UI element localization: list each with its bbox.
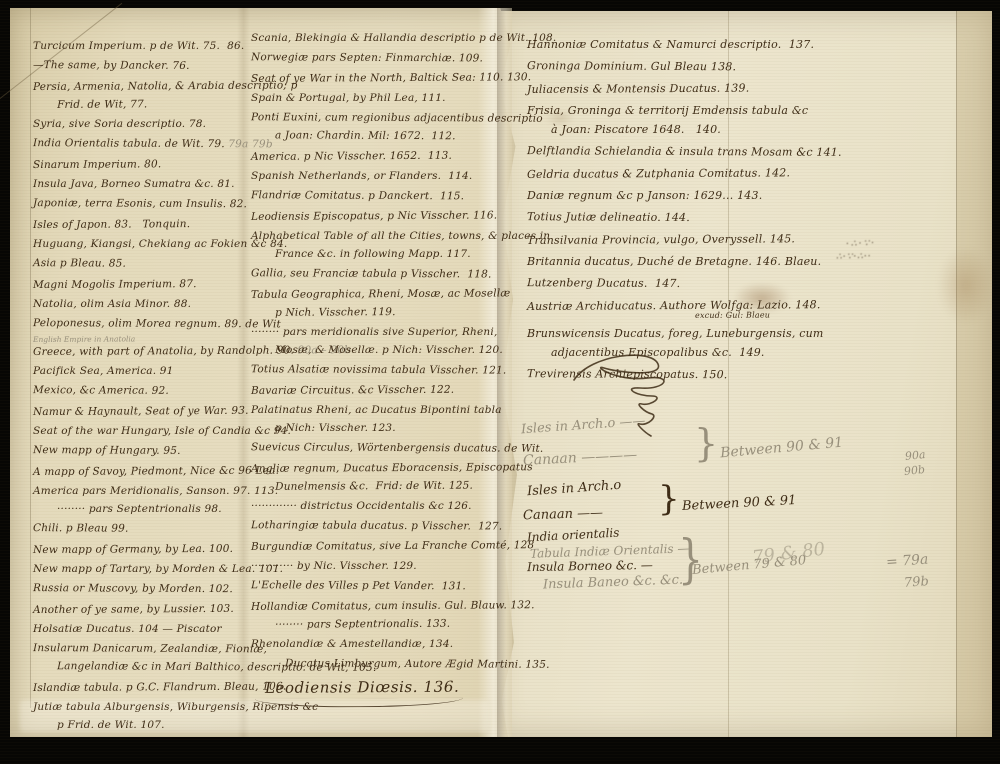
entry-text: Pacifick Sea, America. 91 <box>33 365 174 377</box>
entry-text: India Orientalis tabula. de Wit. 79. <box>33 137 225 150</box>
entry-text: Asia p Bleau. 85. <box>33 257 126 269</box>
index-entry: Daniæ regnum &c p Janson: 1629... 143. <box>527 186 842 205</box>
entry-text: Insula Java, Borneo Sumatra &c. 81. <box>33 178 235 190</box>
index-entry: Burgundiæ Comitatus, sive La Franche Com… <box>251 536 557 556</box>
entry-text: Lotharingiæ tabula ducatus. p Visscher. … <box>251 519 502 532</box>
index-entry: Spain & Portugal, by Phil Lea, 111. <box>251 89 556 107</box>
entry-text: Bavariæ Circuitus. &c Visscher. 122. <box>251 384 454 397</box>
entry-text: Trevirensis Archiepiscopatus. 150. <box>527 367 728 381</box>
index-column-right: Hannoniæ Comitatus & Namurci descriptio.… <box>527 35 842 387</box>
entry-text: Austriæ Archiducatus. Authore Wolfga: La… <box>527 298 821 313</box>
entry-text: Spanish Netherlands, or Flanders. 114. <box>251 170 472 182</box>
entry-text: Peloponesus, olim Morea regnum. 89. de W… <box>33 317 281 330</box>
entry-text: Flandriæ Comitatus. p Danckert. 115. <box>251 189 464 202</box>
index-entry: Alphabetical Table of all the Cities, to… <box>251 227 556 263</box>
index-entry: Totius Alsatiæ novissima tabula Visscher… <box>251 360 557 380</box>
entry-text: Ponti Euxini, cum regionibus adjacentibu… <box>251 111 543 125</box>
entry-text: —The same, by Dancker. 76. <box>33 59 190 72</box>
index-entry: America. p Nic Visscher. 1652. 113. <box>251 146 557 166</box>
note-canaan-ink: Canaan —— <box>523 506 604 524</box>
index-entry: Suevicus Circulus, Wörtenbergensis ducat… <box>251 438 557 458</box>
entry-text-continued: France &c. in following Mapp. 117. <box>251 245 556 263</box>
index-entry: Brunswicensis Ducatus, foreg, Luneburgen… <box>527 324 842 362</box>
index-entry: Bavariæ Circuitus. &c Visscher. 122. <box>251 380 557 400</box>
index-entry: Gallia, seu Franciæ tabula p Visscher. 1… <box>251 264 557 284</box>
margin-note-90a: 90a <box>904 449 926 463</box>
index-entry: Delftlandia Schielandia & insula trans M… <box>527 141 842 162</box>
entry-text: ············ by Nic. Visscher. 129. <box>251 560 417 572</box>
entry-text: New mapp of Tartary, by Morden & Lea. 10… <box>33 563 283 575</box>
index-entry: Leodiensis Diœsis. 136. <box>251 677 557 708</box>
margin-note-90b: 90b <box>903 464 925 478</box>
index-entry: Hollandiæ Comitatus, cum insulis. Gul. B… <box>251 596 557 634</box>
entry-text: Lutzenberg Ducatus. 147. <box>527 276 680 290</box>
entry-text: Insularum Danicarum, Zealandiæ, Fioniæ, <box>33 642 267 655</box>
index-entry: Angliæ regnum, Ducatus Eboracensis, Epis… <box>251 458 557 496</box>
entry-text: Rhenolandiæ & Amestellandiæ, 134. <box>251 638 453 650</box>
entry-text: Spain & Portugal, by Phil Lea, 111. <box>251 92 446 104</box>
entry-text: A mapp of Savoy, Piedmont, Nice &c 96 Le… <box>33 465 279 479</box>
entry-text: Hollandiæ Comitatus, cum insulis. Gul. B… <box>251 599 535 613</box>
entry-text-continued: p Nich: Visscher. 123. <box>251 419 556 437</box>
index-entry: Trevirensis Archiepiscopatus. 150. <box>527 364 842 385</box>
index-entry: L'Echelle des Villes p Pet Vander. 131. <box>251 576 557 596</box>
index-entry: Geldria ducatus & Zutphania Comitatus. 1… <box>527 163 842 184</box>
index-entry: Ponti Euxini, cum regionibus adjacentibu… <box>251 108 557 146</box>
entry-text: Totius Jutiæ delineatio. 144. <box>527 210 690 224</box>
entry-text: Alphabetical Table of all the Cities, to… <box>251 230 550 242</box>
entry-text-continued: p Nich. Visscher. 119. <box>251 302 557 322</box>
entry-text: Chili. p Bleau 99. <box>33 522 129 535</box>
entry-text: New mapp of Germany, by Lea. 100. <box>33 543 233 556</box>
entry-text: Frisia, Groninga & territorij Emdensis t… <box>527 104 808 117</box>
index-entry: Hannoniæ Comitatus & Namurci descriptio.… <box>527 35 842 54</box>
entry-text: Scania, Blekingia & Hallandia descriptio… <box>251 32 556 44</box>
index-entry: Frisia, Groninga & territorij Emdensis t… <box>527 101 842 139</box>
entry-text: Geldria ducatus & Zutphania Comitatus. 1… <box>527 166 790 181</box>
entry-text-continued: p Frid. de Wit. 107. <box>33 716 377 734</box>
entry-text: Ducatus Limburgum, Autore Ægid Martini. … <box>285 657 550 670</box>
entry-text: ········ pars meridionalis sive Superior… <box>251 326 497 338</box>
entry-text: Sinarum Imperium. 80. <box>33 158 161 171</box>
entry-text: Palatinatus Rheni, ac Ducatus Bipontini … <box>251 404 502 416</box>
entry-text-continued: adjacentibus Episcopalibus &c. 149. <box>527 343 842 362</box>
entry-text: Juliacensis & Montensis Ducatus. 139. <box>527 82 749 96</box>
index-entry: Ducatus Limburgum, Autore Ægid Martini. … <box>251 654 557 674</box>
entry-text: ············· districtus Occidentalis &c… <box>251 500 472 512</box>
entry-text: Leodiensis Diœsis. 136. <box>265 678 459 697</box>
entry-text: Russia or Muscovy, by Morden. 102. <box>33 582 233 595</box>
entry-text: Gallia, seu Franciæ tabula p Visscher. 1… <box>251 267 492 280</box>
index-column-middle: Scania, Blekingia & Hallandia descriptio… <box>251 29 556 709</box>
index-entry: Seat of ye War in the North, Baltick Sea… <box>251 68 557 88</box>
entry-text: Burgundiæ Comitatus, sive La Franche Com… <box>251 539 534 553</box>
index-entry: Norwegiæ pars Septen: Finmarchiæ. 109. <box>251 48 557 68</box>
entry-text: Delftlandia Schielandia & insula trans M… <box>527 144 842 159</box>
entry-text: Magni Mogolis Imperium. 87. <box>33 278 197 291</box>
entry-text: Turcicum Imperium. p de Wit. 75. 86. <box>33 40 244 52</box>
entry-text-continued: Mosæ, & Mosellæ. p Nich: Visscher. 120. <box>251 341 556 359</box>
index-entry: Leodiensis Episcopatus, p Nic Visscher. … <box>251 206 557 226</box>
index-entry: Transilvania Provincia, vulgo, Overyssel… <box>527 229 842 250</box>
entry-text: Another of ye same, by Lussier. 103. <box>33 603 234 616</box>
index-entry: Spanish Netherlands, or Flanders. 114. <box>251 167 556 185</box>
entry-text: Mexico, &c America. 92. <box>33 384 169 397</box>
entry-text-continued: ········ pars Septentrionalis. 133. <box>251 614 557 634</box>
index-entry: Rhenolandiæ & Amestellandiæ, 134. <box>251 635 556 653</box>
entry-text: Groninga Dominium. Gul Bleau 138. <box>527 59 736 73</box>
entry-text: Seat of ye War in the North, Baltick Sea… <box>251 71 531 85</box>
entry-text: Hannoniæ Comitatus & Namurci descriptio.… <box>527 38 814 51</box>
entry-text: Brunswicensis Ducatus, foreg, Luneburgen… <box>527 327 824 340</box>
entry-text: Leodiensis Episcopatus, p Nic Visscher. … <box>251 209 497 223</box>
entry-text-continued: à Joan: Piscatore 1648. 140. <box>527 120 842 139</box>
entry-text: Islandiæ tabula. p G.C. Flandrum. Bleau,… <box>33 681 286 695</box>
entry-text: New mapp of Hungary. 95. <box>33 444 181 457</box>
index-entry: ············· districtus Occidentalis &c… <box>251 497 556 515</box>
entry-text: Angliæ regnum, Ducatus Eboracensis, Epis… <box>251 461 533 475</box>
index-entry: Tabula Geographica, Rheni, Mosæ, ac Mose… <box>251 284 557 322</box>
scanned-document: Turcicum Imperium. p de Wit. 75. 86. —Th… <box>0 0 1000 764</box>
entry-text-continued: Dunelmensis &c. Frid: de Wit. 125. <box>251 476 557 496</box>
index-entry: Palatinatus Rheni, ac Ducatus Bipontini … <box>251 401 556 437</box>
entry-text: Britannia ducatus, Duché de Bretagne. 14… <box>527 255 821 268</box>
entry-text: America pars Meridionalis, Sanson. 97. 1… <box>33 485 278 497</box>
entry-text: Daniæ regnum &c p Janson: 1629... 143. <box>527 189 762 202</box>
entry-text: Tabula Geographica, Rheni, Mosæ, ac Mose… <box>251 287 511 301</box>
entry-text: Japoniæ, terra Esonis, cum Insulis. 82. <box>33 197 247 210</box>
entry-text: Isles of Japon. 83. Tonquin. <box>33 218 190 231</box>
entry-text: Natolia, olim Asia Minor. 88. <box>33 298 191 310</box>
entry-text: America. p Nic Visscher. 1652. 113. <box>251 150 452 163</box>
index-entry: ············ by Nic. Visscher. 129. <box>251 557 556 575</box>
index-entry: Lotharingiæ tabula ducatus. p Visscher. … <box>251 516 557 536</box>
index-entry: Austriæ Archiducatus. Authore Wolfga: La… <box>527 295 842 322</box>
index-entry: Lutzenberg Ducatus. 147. <box>527 273 842 294</box>
index-entry: Flandriæ Comitatus. p Danckert. 115. <box>251 186 557 206</box>
margin-note-79a: = 79a <box>886 554 929 569</box>
index-entry: Scania, Blekingia & Hallandia descriptio… <box>251 29 556 47</box>
entry-text: Namur & Haynault, Seat of ye War. 93. <box>33 405 249 418</box>
note-insula-borneo: Insula Borneo &c. — <box>527 558 653 574</box>
entry-text: Totius Alsatiæ novissima tabula Visscher… <box>251 363 507 376</box>
entry-text: Transilvania Provincia, vulgo, Overyssel… <box>527 232 795 247</box>
index-entry: Totius Jutiæ delineatio. 144. <box>527 207 842 228</box>
margin-note-79b: 79b <box>904 576 930 590</box>
entry-text: Suevicus Circulus, Wörtenbergensis ducat… <box>251 441 544 455</box>
index-entry: Groninga Dominium. Gul Bleau 138. <box>527 56 842 77</box>
entry-text: Syria, sive Soria descriptio. 78. <box>33 118 206 130</box>
index-entry: ········ pars meridionalis sive Superior… <box>251 323 556 359</box>
entry-text-continued: a Joan: Chardin. Mil: 1672. 112. <box>251 126 557 146</box>
entry-text: L'Echelle des Villes p Pet Vander. 131. <box>251 579 466 592</box>
index-entry: Juliacensis & Montensis Ducatus. 139. <box>527 78 842 99</box>
index-entry: Britannia ducatus, Duché de Bretagne. 14… <box>527 252 842 271</box>
entry-text: Holsatiæ Ducatus. 104 — Piscator <box>33 623 222 635</box>
entry-text: Norwegiæ pars Septen: Finmarchiæ. 109. <box>251 51 483 64</box>
entry-text: Huguang, Kiangsi, Chekiang ac Fokien &c … <box>33 238 287 250</box>
